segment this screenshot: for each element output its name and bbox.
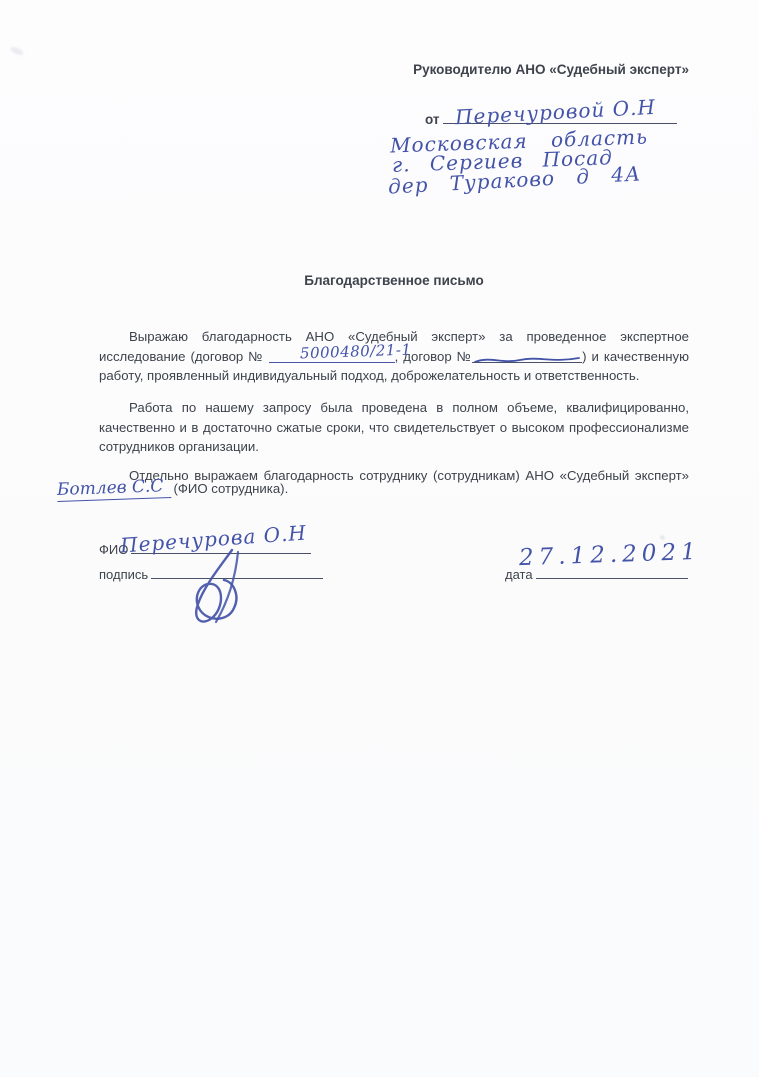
employee-name-row: Ботлев С.С (ФИО сотрудника).	[57, 478, 288, 500]
handwritten-address-city: г. Сергиев Посад	[392, 145, 614, 177]
contract-number-blank: 5000480/21-1	[269, 349, 395, 363]
date-label: дата	[505, 567, 533, 582]
second-contract-blank	[472, 349, 582, 363]
scan-smudge	[9, 45, 24, 56]
employee-name-suffix: (ФИО сотрудника).	[173, 481, 288, 496]
handwritten-signature-flourish	[176, 546, 256, 624]
para1-text-mid: , договор №	[395, 349, 472, 364]
from-row: от	[425, 108, 677, 127]
handwritten-address-street: дер Тураково д 4А	[388, 161, 642, 198]
from-blank-line	[443, 108, 677, 124]
handwritten-strike-squiggle	[472, 354, 582, 366]
paragraph-gratitude: Выражаю благодарность АНО «Судебный эксп…	[99, 327, 689, 386]
date-blank-line	[536, 563, 688, 579]
recipient-line: Руководителю АНО «Судебный эксперт»	[99, 62, 689, 77]
scan-smudge	[660, 535, 666, 541]
handwritten-address-region: Московская область	[390, 125, 649, 158]
date-row: дата	[505, 563, 688, 582]
scanned-letter-page: Руководителю АНО «Судебный эксперт» от П…	[0, 0, 759, 1077]
handwritten-employee-name: Ботлев С.С	[57, 476, 172, 502]
paragraph-quality: Работа по нашему запросу была проведена …	[99, 398, 689, 457]
fio-label: ФИО	[99, 542, 128, 557]
from-label: от	[425, 112, 440, 127]
signature-label: подпись	[99, 567, 148, 582]
document-title: Благодарственное письмо	[99, 273, 689, 288]
